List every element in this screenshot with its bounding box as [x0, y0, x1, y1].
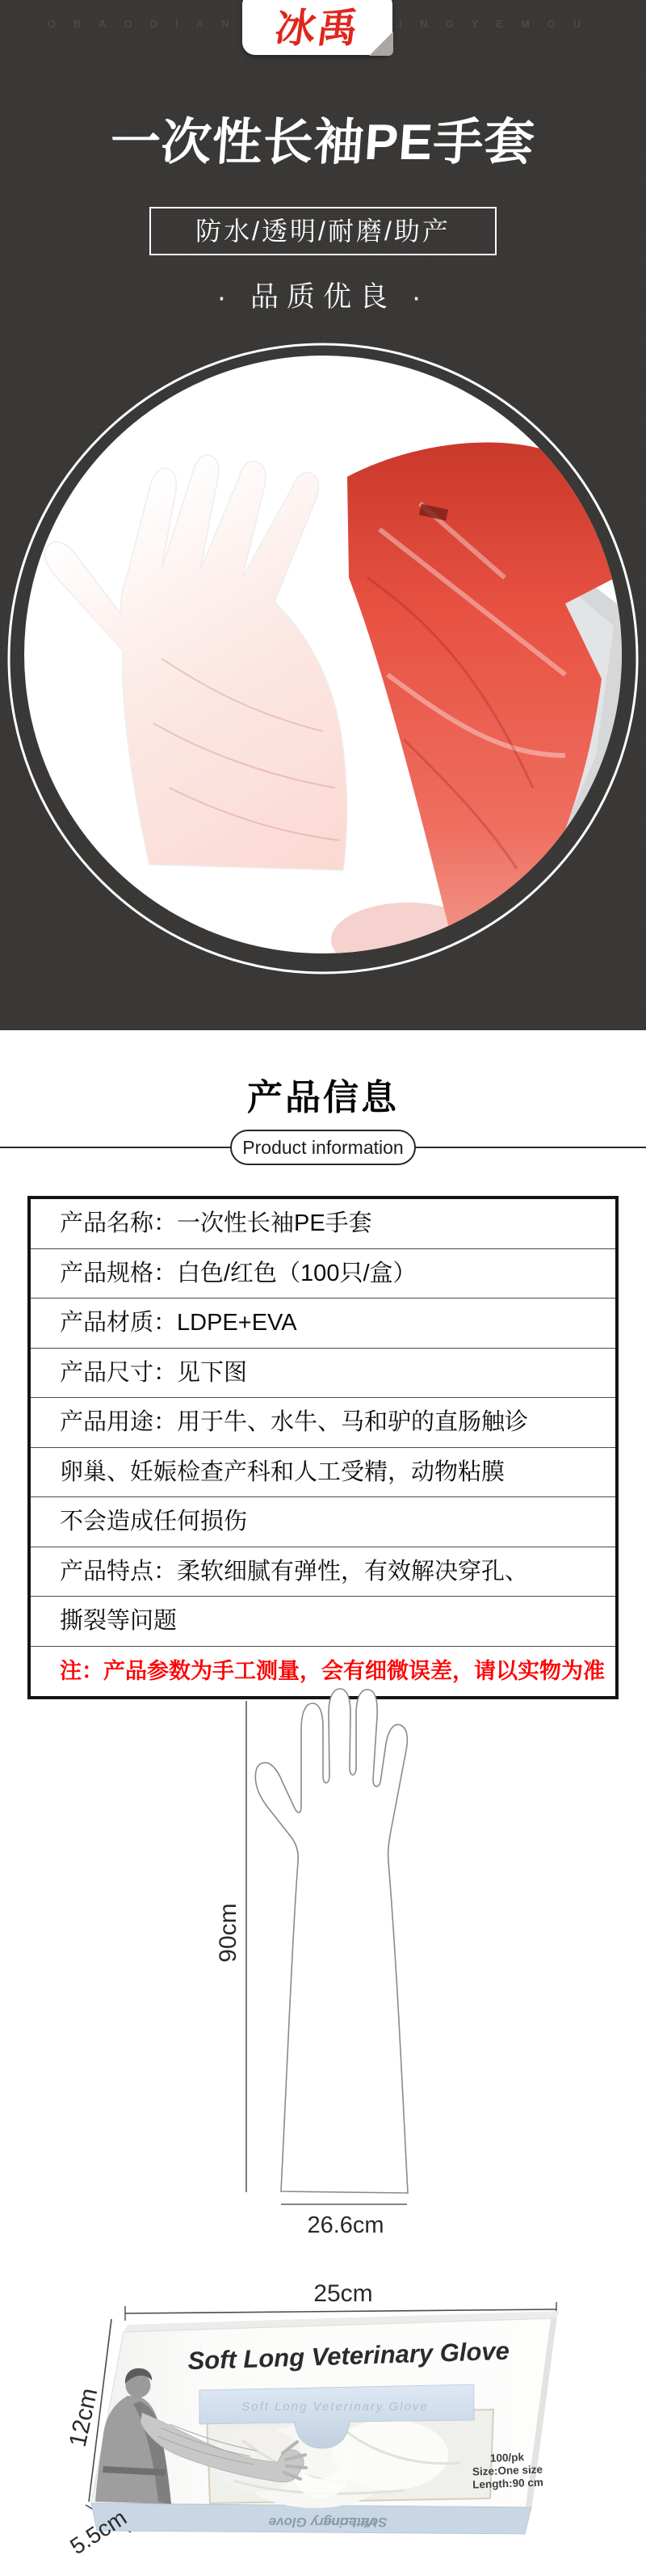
box-side-text-2: Veterinary Glove: [269, 2515, 378, 2530]
hero-section: OBAODIANSHANGQINGYEMOU 冰禹 一次性长袖PE手套 防水/透…: [0, 0, 646, 1030]
pack-info-block: 100/pk Size:One size Length:90 cm: [456, 2450, 559, 2492]
section-subtitle-pill: Product information: [230, 1130, 416, 1165]
spec-table: 产品名称：一次性长袖PE手套 产品规格：白色/红色（100只/盒） 产品材质：L…: [27, 1196, 619, 1699]
section-subtitle-row: Product information: [0, 1130, 646, 1165]
table-row: 产品特点：柔软细腻有弹性，有效解决穿孔、: [31, 1547, 615, 1597]
product-photo-circle: [0, 335, 646, 990]
table-row: 不会造成任何损伤: [31, 1497, 615, 1547]
box-width-label: 25cm: [279, 2280, 408, 2308]
width-label: 26.6cm: [281, 2212, 410, 2239]
section-title-cn: 产品信息: [0, 1068, 646, 1120]
table-row: 撕裂等问题: [31, 1597, 615, 1647]
feature-badge: 防水/透明/耐磨/助产: [149, 207, 497, 255]
table-row: 产品名称：一次性长袖PE手套: [31, 1199, 615, 1249]
flap-ghost-text: Soft Long Veterinary Glove: [241, 2400, 429, 2414]
badge-fold-corner: [369, 32, 393, 56]
glove-outline: [255, 1689, 408, 2193]
table-row: 产品用途：用于牛、水牛、马和驴的直肠触诊: [31, 1398, 615, 1448]
table-row: 产品材质：LDPE+EVA: [31, 1299, 615, 1349]
product-title: 一次性长袖PE手套: [0, 102, 646, 174]
width-dimension-line: [125, 2309, 556, 2313]
table-row: 卵巢、妊娠检查产科和人工受精，动物粘膜: [31, 1448, 615, 1498]
quality-tagline: · 品质优良 ·: [0, 275, 646, 315]
product-detail-page: OBAODIANSHANGQINGYEMOU 冰禹 一次性长袖PE手套 防水/透…: [0, 0, 646, 2576]
brand-logo-text: 冰禹: [271, 2, 363, 55]
glove-size-diagram: [0, 1681, 646, 2246]
table-row: 产品尺寸：见下图: [31, 1349, 615, 1399]
brand-logo-badge: 冰禹: [242, 0, 392, 55]
table-row: 产品规格：白色/红色（100只/盒）: [31, 1249, 615, 1299]
length-label: 90cm: [215, 1884, 242, 1981]
